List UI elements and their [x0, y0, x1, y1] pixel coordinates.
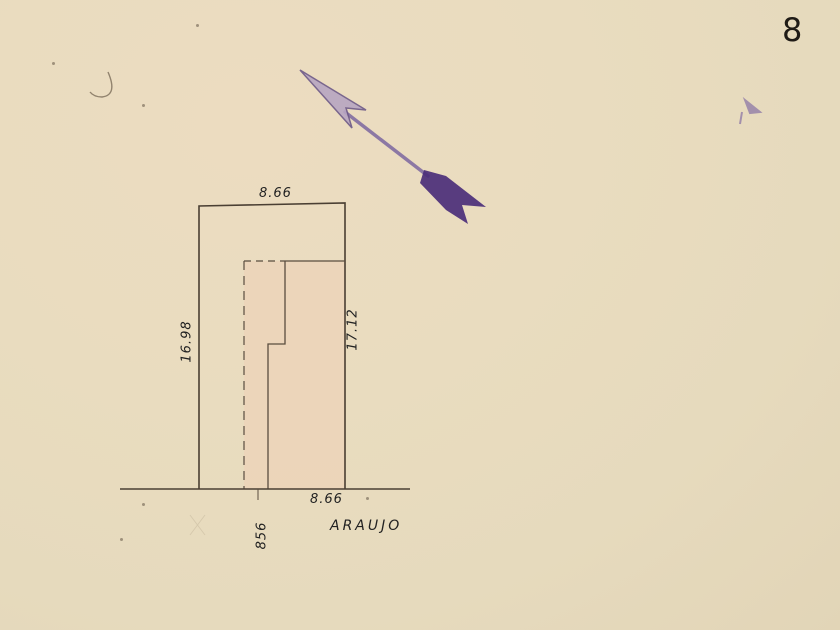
ink-smudge-mark [740, 100, 760, 124]
paper-speck [52, 62, 55, 65]
survey-sheet: 8 8.66 16.98 17.12 8.66 856 ARAUJO [0, 0, 840, 630]
paper-speck [142, 104, 145, 107]
street-name-label: ARAUJO [330, 518, 402, 534]
top-width-label: 8.66 [259, 186, 292, 201]
paper-speck [142, 503, 145, 506]
building-footprint [244, 261, 345, 489]
lot-plan [0, 0, 840, 630]
faint-x-mark [190, 515, 205, 535]
ink-curl-mark [90, 72, 112, 97]
north-arrow-icon [300, 70, 486, 224]
paper-speck [196, 24, 199, 27]
right-depth-label: 17.12 [346, 308, 361, 350]
street-number-label: 856 [254, 522, 269, 550]
left-depth-label: 16.98 [180, 320, 195, 362]
bottom-width-label: 8.66 [310, 492, 343, 507]
paper-speck [366, 497, 369, 500]
paper-speck [120, 538, 123, 541]
